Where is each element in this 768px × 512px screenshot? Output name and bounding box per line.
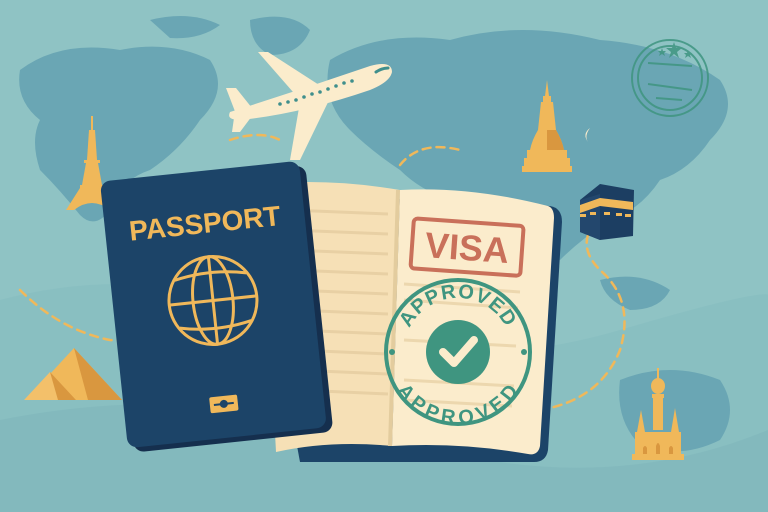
passport-cover: PASSPORT <box>100 160 333 453</box>
visa-approval-illustration: VISA APPROVED APPROVED PASSPORT <box>0 0 768 512</box>
visa-stamp-label: VISA <box>424 224 511 271</box>
biometric-chip-icon <box>209 394 239 413</box>
